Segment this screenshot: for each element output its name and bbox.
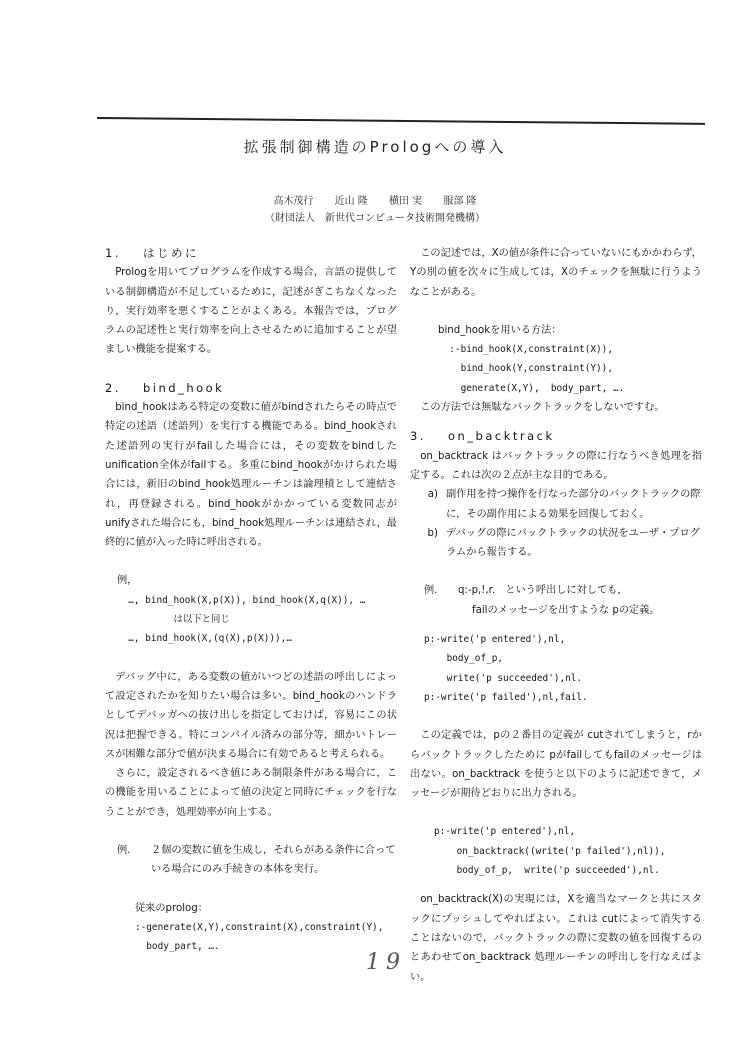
code-block-2: p:-write('p entered'),nl, on_backtrack((… [410, 822, 702, 880]
section-heading-introduction: 1.はじめに [105, 244, 397, 263]
code-line: …, bind_hook(X,(q(X),p(X))),… [117, 629, 397, 648]
code-line: は以下と同じ [117, 610, 397, 629]
implementation-paragraph: on_backtrack(X)の実現には，Xを適当なマークと共にスタックにプッシ… [410, 890, 702, 986]
page-number: 19 [366, 950, 406, 975]
code-line: write('p succeeded'),nl. [424, 669, 702, 688]
example-generate: 例. ２個の変数に値を生成し，それらがある条件に合っている場合にのみ手続きの本体… [105, 841, 397, 880]
constraint-paragraph: さらに，設定されるべき値にある制限条件がある場合に，この機能を用いることによって… [105, 764, 397, 822]
code-line: on_backtrack((write('p failed'),nl)), [434, 842, 702, 861]
bind-hook-paragraph: bind_hookはある特定の変数に値がbindされたらその時点で特定の述語（述… [105, 398, 397, 552]
method-label: bind_hookを用いる方法： [438, 321, 702, 340]
code-line: :-bind_hook(X,constraint(X)), [438, 340, 702, 359]
code-line: …, bind_hook(X,p(X)), bind_hook(X,q(X)),… [117, 591, 397, 610]
header-rule [97, 117, 705, 125]
right-column: この記述では，Xの値が条件に合っていないにもかかわらず，Yの別の値を次々に生成し… [410, 244, 702, 987]
code-line: p:-write('p entered'),nl, [424, 630, 702, 649]
on-backtrack-example: 例. q:-p,!,r. という呼出しに対しても， failのメッセージを出すよ… [410, 581, 702, 620]
example-label: 例， [117, 571, 397, 590]
code-line: :-generate(X,Y),constraint(X),constraint… [135, 918, 397, 937]
bind-hook-example: 例， …, bind_hook(X,p(X)), bind_hook(X,q(X… [105, 571, 397, 648]
author: 近山 隆 [335, 196, 368, 207]
wasted-check-paragraph: この記述では，Xの値が条件に合っていないにもかかわらず，Yの別の値を次々に生成し… [410, 244, 702, 302]
code-line: p:-write('p entered'),nl, [434, 822, 702, 841]
code-line: p:-write('p failed'),nl,fail. [424, 688, 702, 707]
author-list: 高木茂行 近山 隆 横田 実 服部 隆 [0, 192, 750, 207]
paper-title: 拡張制御構造のPrologへの導入 [0, 136, 750, 157]
code-block-1: p:-write('p entered'),nl, body_of_p, wri… [410, 630, 702, 707]
conventional-label: 従来のprolog： [135, 899, 397, 918]
author: 横田 実 [389, 196, 422, 207]
list-item: b) デバッグの際にバックトラックの状況をユーザ・プログラムから報告する。 [410, 524, 702, 563]
code-line: generate(X,Y), body_part, …. [438, 379, 702, 398]
section-heading-on-backtrack: 3.on_backtrack [410, 427, 702, 446]
conventional-prolog-example: 従来のprolog： :-generate(X,Y),constraint(X)… [105, 899, 397, 957]
debug-paragraph: デバッグ中に，ある変数の値がいつどの述語の呼出しによって設定されたかを知りたい場… [105, 668, 397, 764]
author: 高木茂行 [273, 196, 313, 207]
bind-hook-method: bind_hookを用いる方法： :-bind_hook(X,constrain… [410, 321, 702, 398]
no-wasted-backtrack: この方法では無駄なバックトラックをしないですむ。 [410, 398, 702, 417]
code-line: body_of_p, [424, 649, 702, 668]
left-column: 1.はじめに Prologを用いてプログラムを作成する場合，言語の提供している制… [105, 244, 397, 957]
code-line: bind_hook(Y,constraint(Y)), [438, 359, 702, 378]
affiliation: （財団法人 新世代コンピュータ技術開発機構） [0, 209, 750, 224]
list-item: a) 副作用を持つ操作を行なった部分のバックトラックの際に，その副作用による効果… [410, 485, 702, 524]
intro-paragraph: Prologを用いてプログラムを作成する場合，言語の提供している制御構造が不足し… [105, 263, 397, 359]
code-line: body_of_p, write('p succeeded'),nl. [434, 861, 702, 880]
author: 服部 隆 [443, 196, 476, 207]
on-backtrack-paragraph: on_backtrack はバックトラックの際に行なうべき処理を指定する。これは… [410, 447, 702, 486]
section-heading-bind-hook: 2.bind_hook [105, 379, 397, 398]
cut-paragraph: この定義では，pの２番目の定義が cutされてしまうと，rからバックトラックした… [410, 726, 702, 803]
code-line: body_part, …. [135, 937, 397, 956]
